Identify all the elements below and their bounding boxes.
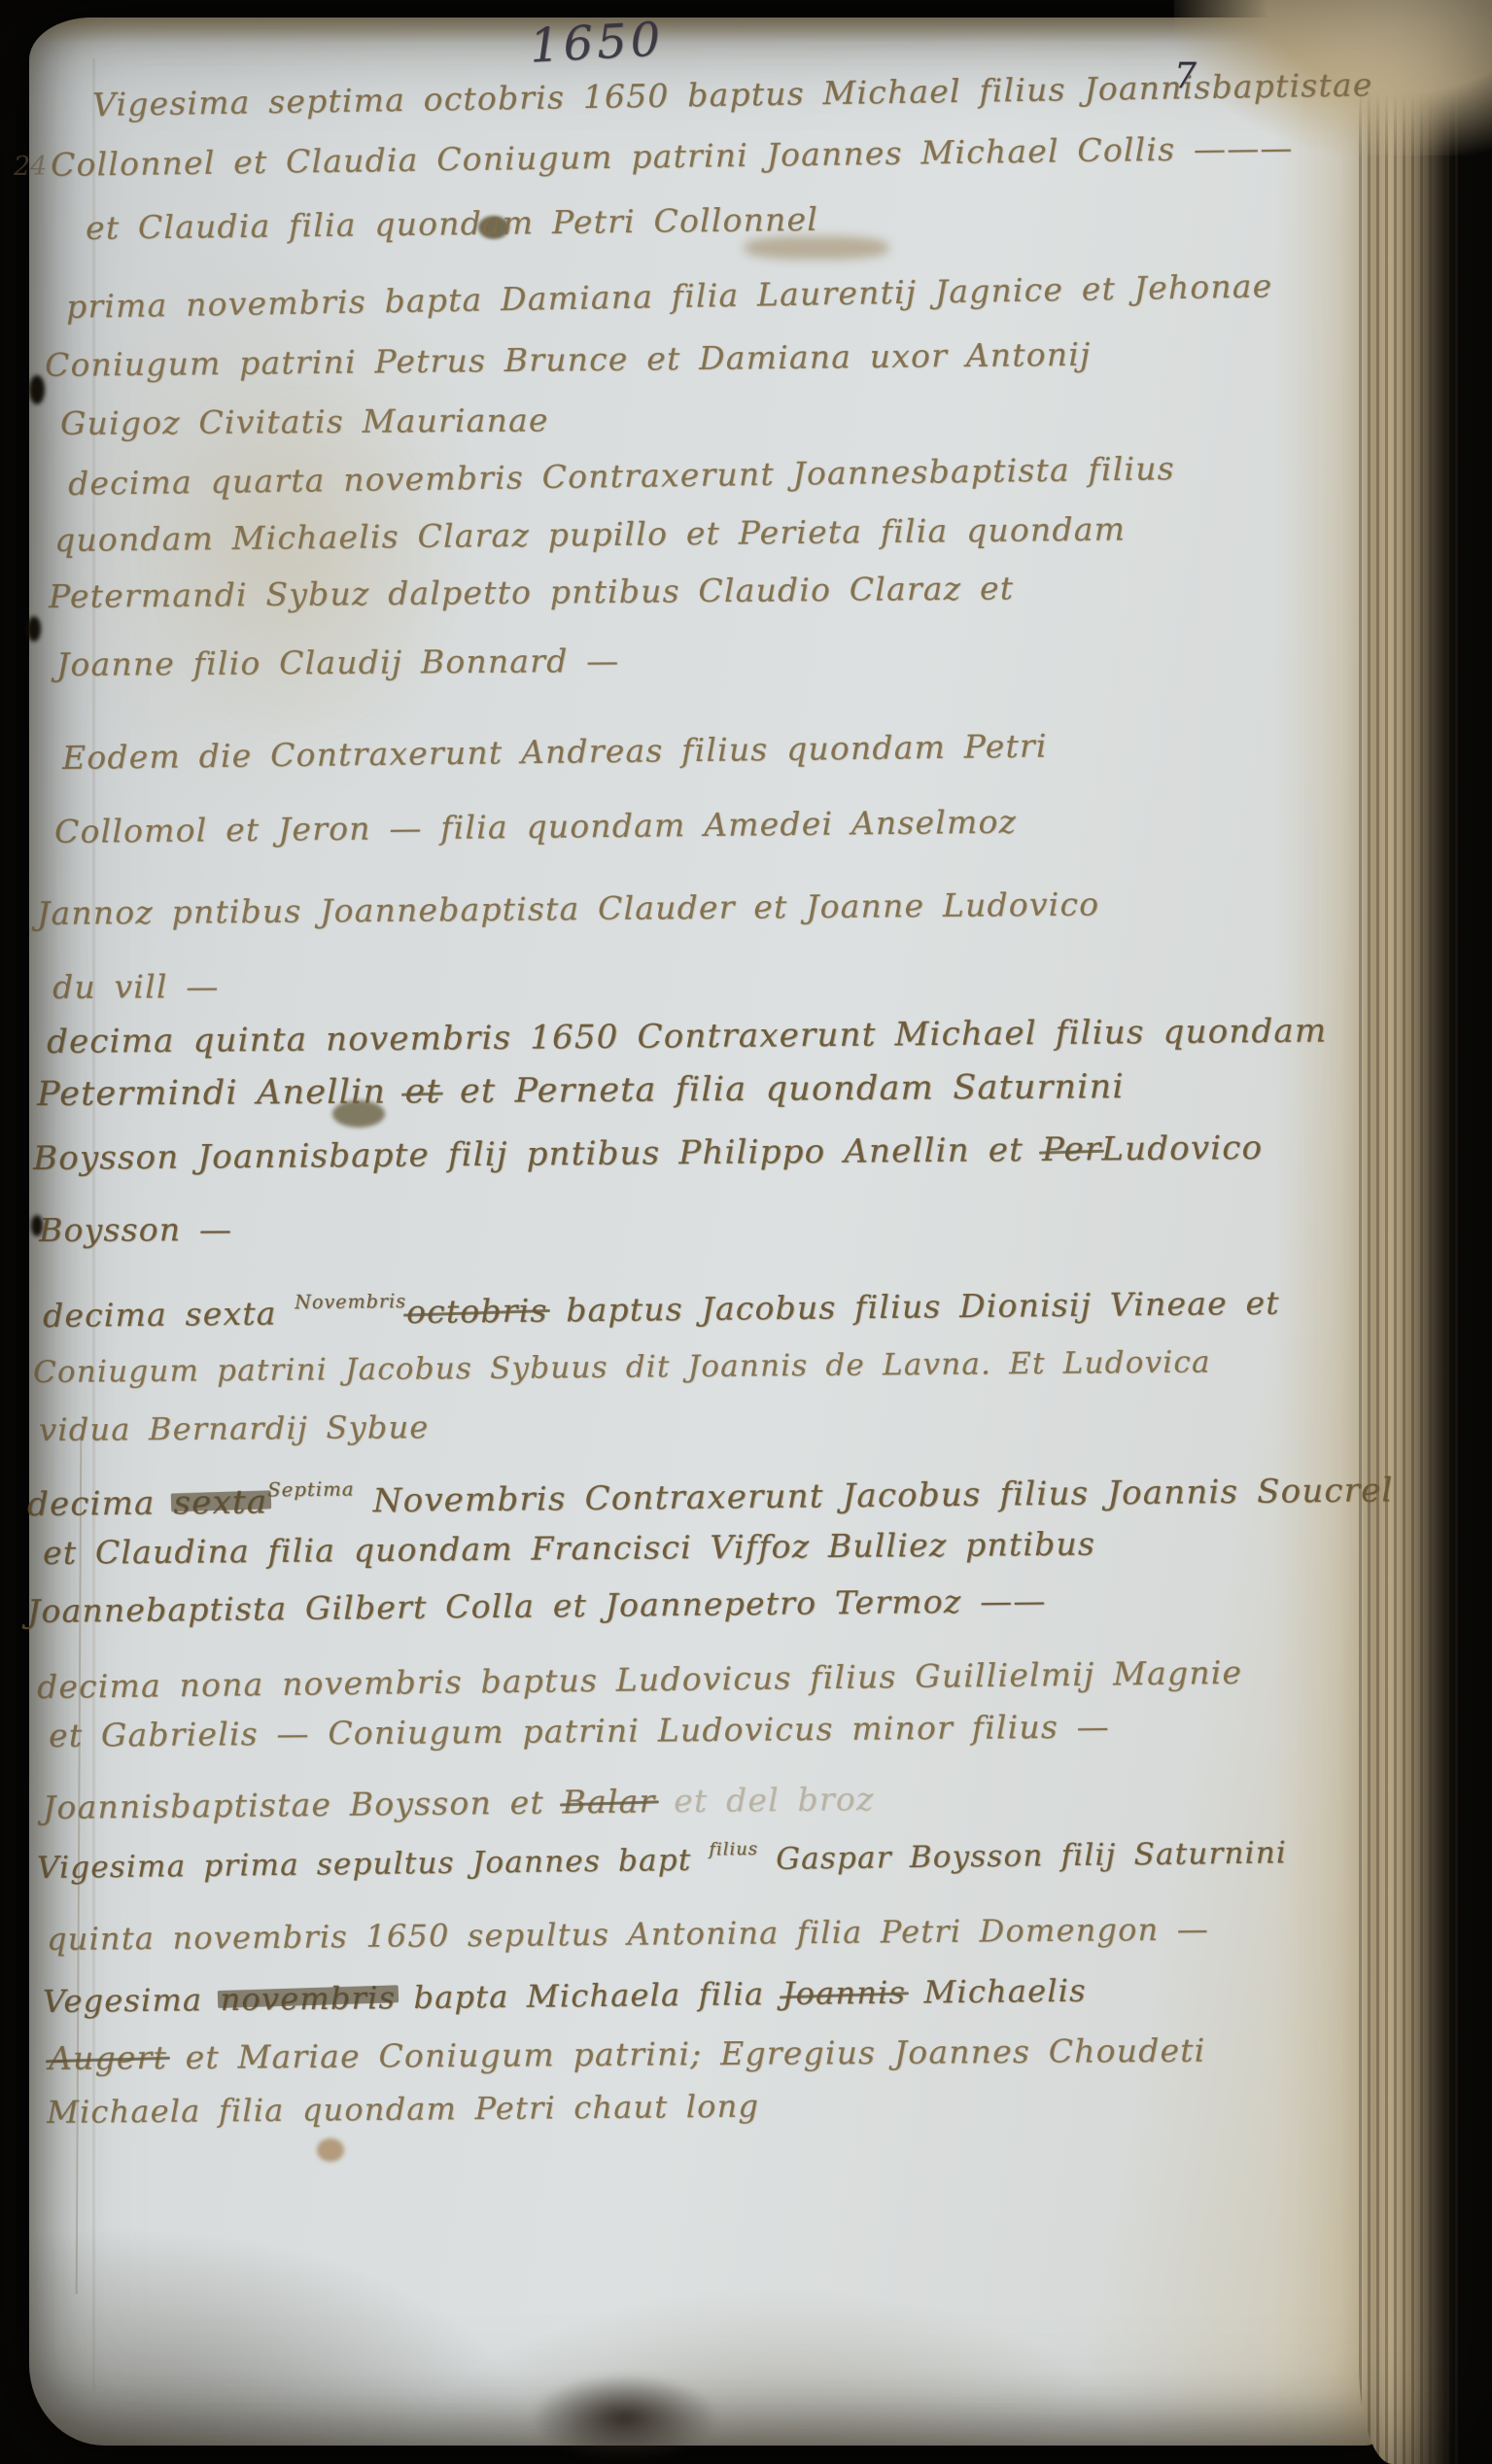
manuscript-line-30: Vegesima novembris bapta Michaela filia … bbox=[43, 1972, 1087, 2020]
manuscript-line-16: Petermindi Anellin et et Perneta filia q… bbox=[37, 1067, 1125, 1114]
manuscript-line-19: decima sexta Novembrisoctobris baptus Ja… bbox=[43, 1284, 1280, 1335]
manuscript-line-5: Coniugum patrini Petrus Brunce et Damian… bbox=[45, 335, 1092, 384]
manuscript-line-17: Boysson Joannisbapte filij pntibus Phili… bbox=[33, 1128, 1264, 1178]
manuscript-line-11: Eodem die Contraxerunt Andreas filius qu… bbox=[62, 727, 1048, 777]
manuscript-line-23: et Claudina filia quondam Francisci Viff… bbox=[43, 1525, 1095, 1572]
manuscript-line-3: et Claudia filia quondam Petri Collonnel bbox=[86, 200, 818, 247]
manuscript-line-2: Collonnel et Claudia Coniugum patrini Jo… bbox=[51, 128, 1294, 184]
manuscript-line-10: Joanne filio Claudij Bonnard — bbox=[56, 642, 620, 683]
manuscript-line-15: decima quinta novembris 1650 Contraxerun… bbox=[47, 1012, 1328, 1061]
manuscript-line-13: Jannoz pntibus Joannebaptista Clauder et… bbox=[37, 885, 1100, 932]
manuscript-line-28: Vigesima prima sepultus Joannes bapt fil… bbox=[37, 1835, 1287, 1886]
photograph-background: 1650 7 24 Vigesima septima octobris 1650… bbox=[0, 0, 1492, 2464]
manuscript-line-8: quondam Michaelis Claraz pupillo et Peri… bbox=[54, 509, 1126, 559]
manuscript-line-24: Joannebaptista Gilbert Colla et Joannepe… bbox=[27, 1581, 1047, 1630]
manuscript-line-22: decima sextaSeptima Novembris Contraxeru… bbox=[27, 1471, 1394, 1524]
manuscript-line-31: Augert et Mariae Coniugum patrini; Egreg… bbox=[49, 2031, 1206, 2077]
manuscript-line-29: quinta novembris 1650 sepultus Antonina … bbox=[47, 1911, 1209, 1958]
manuscript-line-26: et Gabrielis — Coniugum patrini Ludovicu… bbox=[49, 1707, 1110, 1754]
manuscript-line-9: Petermandi Sybuz dalpetto pntibus Claudi… bbox=[49, 569, 1014, 615]
manuscript-line-27: Joannisbaptistae Boysson et Balar et del… bbox=[43, 1780, 875, 1826]
manuscript-line-6: Guigoz Civitatis Maurianae bbox=[60, 400, 549, 442]
manuscript-line-7: decima quarta novembris Contraxerunt Joa… bbox=[68, 449, 1175, 503]
manuscript-line-32: Michaela filia quondam Petri chaut long bbox=[47, 2088, 759, 2131]
manuscript-line-21: vidua Bernardij Sybue bbox=[39, 1408, 430, 1448]
manuscript-line-14: du vill — bbox=[52, 967, 220, 1006]
manuscript-line-18: Boysson — bbox=[39, 1210, 232, 1249]
manuscript-line-4: prima novembris bapta Damiana filia Laur… bbox=[66, 266, 1273, 326]
manuscript-line-12: Collomol et Jeron — filia quondam Amedei… bbox=[54, 803, 1017, 850]
manuscript-line-1: Vigesima septima octobris 1650 baptus Mi… bbox=[92, 65, 1373, 123]
manuscript-line-20: Coniugum patrini Jacobus Sybuus dit Joan… bbox=[33, 1344, 1211, 1390]
manuscript-line-25: decima nona novembris baptus Ludovicus f… bbox=[37, 1653, 1243, 1706]
manuscript-text: Vigesima septima octobris 1650 baptus Mi… bbox=[0, 0, 1492, 2464]
